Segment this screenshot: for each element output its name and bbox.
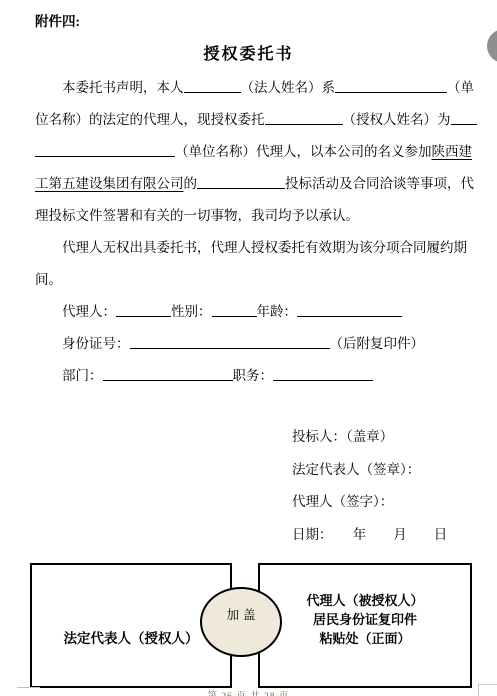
page-edge-artifact-left — [17, 687, 40, 696]
body-line: 间。 — [35, 264, 475, 296]
attachment-label: 附件四: — [35, 12, 497, 32]
blank-underline — [103, 366, 233, 381]
body-text: （授权人姓名）为 — [343, 112, 451, 127]
blank-underline — [184, 78, 241, 93]
signature-line: 日期： 年 月 日 — [292, 519, 497, 552]
body-text: （单位名称）代理人，以本公司的名义参加 — [175, 144, 432, 159]
blank-underline — [116, 302, 171, 317]
body-text: （单 — [447, 80, 474, 95]
body-line: 代理人无权出具委托书，代理人授权委托有效期为该分项合同履约期 — [35, 232, 475, 264]
body-line: （单位名称）代理人，以本公司的名义参加陕西建 — [35, 136, 475, 168]
page-edge-artifact-right — [478, 684, 497, 696]
body-text: 年龄： — [257, 304, 298, 319]
agent-id-paste-box-line: 粘贴处（正面） — [319, 629, 410, 648]
legal-representative-box-label: 法定代表人（授权人） — [64, 627, 199, 647]
body-text: 位名称）的法定的代理人，现授权委托 — [35, 112, 265, 127]
body-text: 职务： — [233, 368, 274, 383]
signature-line: 法定代表人（签章）： — [292, 454, 497, 487]
blank-underline — [273, 366, 373, 381]
seal-label: 加盖 — [222, 605, 259, 623]
body-line: 理投标文件签署和有关的一切事物，我司均予以承认。 — [35, 200, 475, 232]
body-text: 间。 — [35, 272, 62, 287]
page-number: 第 26 页 共 28 页 — [0, 688, 497, 696]
document-page: 附件四: 授权委托书 本委托书声明，本人（法人姓名）系（单位名称）的法定的代理人… — [0, 0, 497, 696]
body-line: 身份证号：（后附复印件） — [35, 328, 475, 360]
blank-underline — [335, 78, 447, 93]
blank-underline — [212, 302, 257, 317]
body-line: 位名称）的法定的代理人，现授权委托（授权人姓名）为 — [35, 104, 475, 136]
body-line: 本委托书声明，本人（法人姓名）系（单 — [35, 72, 475, 104]
blank-underline — [130, 334, 330, 349]
body-line: 代理人：性别：年龄： — [35, 296, 475, 328]
seal-dots: · · · · — [220, 632, 263, 640]
body-text: 的 — [184, 176, 198, 191]
document-body: 本委托书声明，本人（法人姓名）系（单位名称）的法定的代理人，现授权委托（授权人姓… — [35, 72, 475, 392]
signature-block: 投标人：（盖章）法定代表人（签章）：代理人（签字）：日期： 年 月 日 — [292, 421, 497, 551]
blank-underline — [265, 110, 343, 125]
body-line: 部门：职务： — [35, 360, 475, 392]
body-text: （后附复印件） — [330, 336, 425, 351]
stamp-section: 法定代表人（授权人） 代理人（被授权人）居民身份证复印件粘贴处（正面） 加盖 ·… — [0, 563, 497, 696]
blank-underline — [35, 142, 175, 157]
signature-line: 代理人（签字）： — [292, 486, 497, 519]
signature-line: 投标人：（盖章） — [292, 421, 497, 454]
agent-id-paste-box: 代理人（被授权人）居民身份证复印件粘贴处（正面） — [258, 563, 472, 688]
body-text: 代理人： — [62, 304, 116, 319]
underlined-text: 陕西建 — [432, 144, 473, 159]
body-text: 代理人无权出具委托书，代理人授权委托有效期为该分项合同履约期 — [62, 240, 467, 255]
body-text: 身份证号： — [62, 336, 130, 351]
body-text: 性别： — [171, 304, 212, 319]
underlined-text: 工第五建设集团有限公司 — [35, 176, 184, 191]
agent-id-paste-box-line: 居民身份证复印件 — [313, 610, 417, 629]
body-text: 投标活动及合同洽谈等事项，代 — [285, 176, 474, 191]
body-line: 工第五建设集团有限公司的投标活动及合同洽谈等事项，代 — [35, 168, 475, 200]
agent-id-paste-box-line: 代理人（被授权人） — [306, 591, 423, 610]
blank-underline — [197, 174, 285, 189]
body-text: 本委托书声明，本人 — [62, 80, 184, 95]
seal-circle: 加盖 · · · · — [200, 587, 282, 657]
body-text: 部门： — [62, 368, 103, 383]
page-title: 授权委托书 — [0, 42, 497, 68]
blank-underline — [451, 110, 477, 125]
body-text: 理投标文件签署和有关的一切事物，我司均予以承认。 — [35, 208, 359, 223]
body-text: （法人姓名）系 — [241, 80, 336, 95]
blank-underline — [297, 302, 402, 317]
